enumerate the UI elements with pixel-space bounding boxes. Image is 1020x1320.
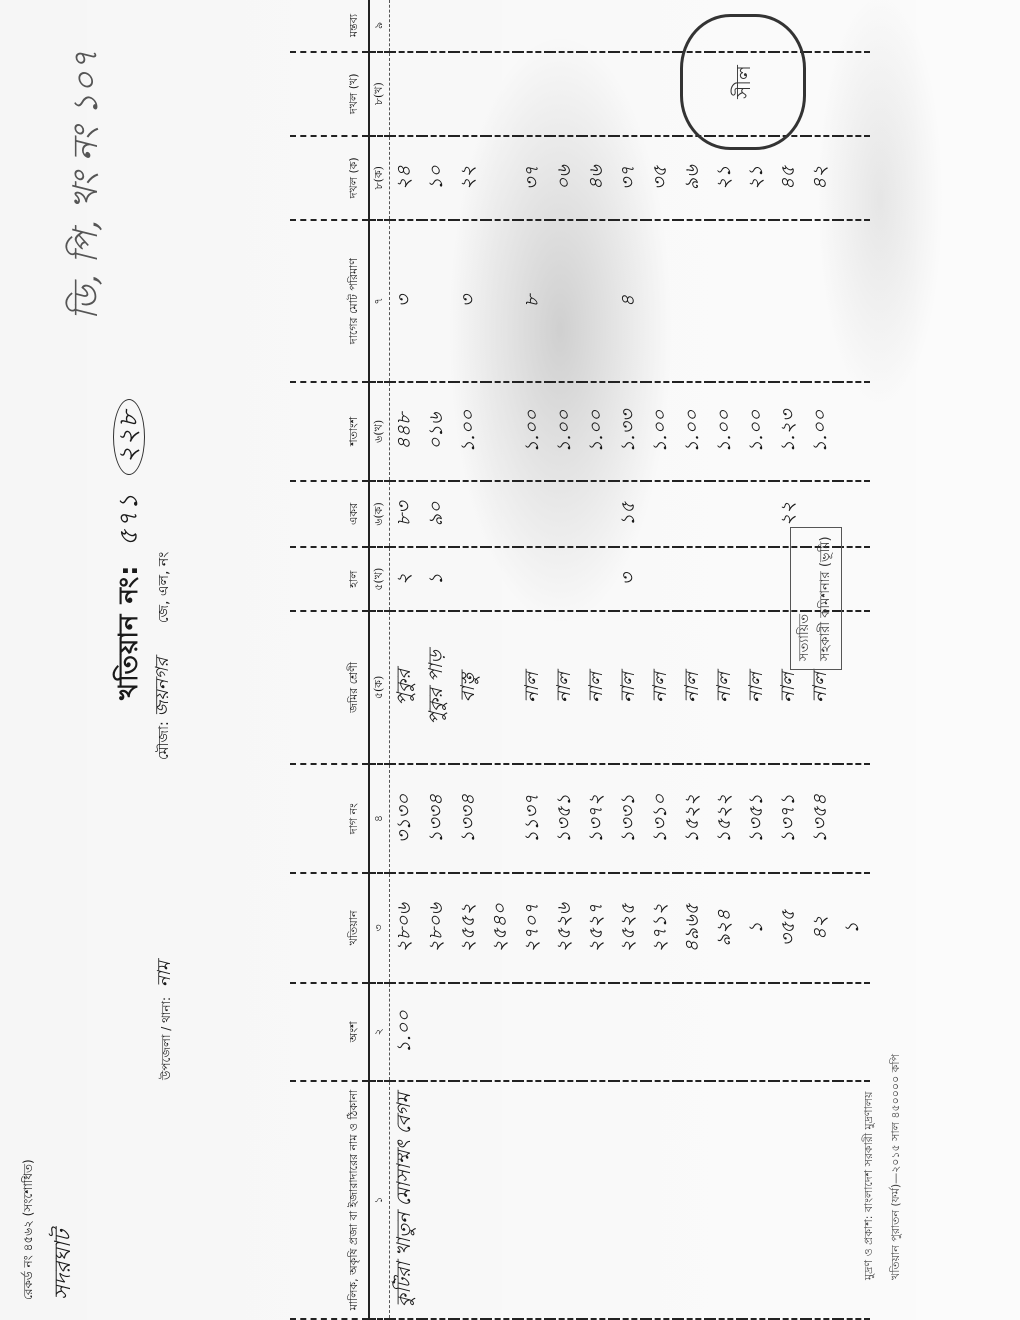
d1-cell [422,220,454,382]
khatian-cell: ২৭১২ [646,873,678,982]
shatak-cell [646,481,678,548]
column-header: দাগের মোট পরিমাণ [290,220,369,382]
acre-cell: ১ [422,547,454,611]
column-header: দখল (ক) [290,136,369,220]
total-cell: ১.০০ [710,382,742,480]
class-cell: নাল [582,611,614,764]
table-row: ২৭১২১৩১০নাল১.০০৩৫ [646,0,678,1319]
d1-cell [742,220,774,382]
acre-cell [454,547,486,611]
mouza-value: জয়নগর [152,658,173,717]
acre-cell [742,547,774,611]
d1-cell [646,220,678,382]
class-cell: পুকুর [390,611,423,764]
upazila-line: উপজেলা / থানা: নাম [150,961,181,1080]
class-cell: নাল [646,611,678,764]
shatak-cell [742,481,774,548]
total-cell: ১.০০ [646,382,678,480]
owner-cell: কুটিরা খাতুন মোসাম্মৎ বেগম [390,1081,423,1319]
remarks-cell [518,52,550,136]
official-seal: সীল [680,14,806,150]
dag-cell: ১৩৫৪ [806,764,838,873]
class-cell: বাস্তু [454,611,486,764]
d2-cell: ৪৫ [774,136,806,220]
column-header: দাগ নং [290,764,369,873]
share-cell [742,983,774,1081]
mouza-line: মৌজা: জয়নগর জে, এল, নং [148,552,179,760]
column-number: ৭ [369,220,390,382]
total-cell: ১.০০ [550,382,582,480]
remarks-cell [422,52,454,136]
remarks-cell [486,52,518,136]
class-cell: নাল [614,611,646,764]
dag-cell: ৩১৩০ [390,764,423,873]
shatak-cell: ৮৩ [390,481,423,548]
d2-cell: ৪২ [806,136,838,220]
acre-cell [582,547,614,611]
dag-cell: ১৩৭২ [582,764,614,873]
extra-cell [582,0,614,52]
page-title: খতিয়ান নং: ৫৭১ ২২৮ [108,399,152,700]
remarks-cell [838,52,870,136]
column-number: ৮(খ) [369,52,390,136]
remarks-cell [646,52,678,136]
table-row: ২৭০৭১১৩৭নাল১.০০৮৩৭ [518,0,550,1319]
total-cell: ১.৩৩ [614,382,646,480]
column-number: ৬(ক) [369,481,390,548]
acre-cell [486,547,518,611]
share-cell [454,983,486,1081]
khatian-cell: ২৫৪০ [486,873,518,982]
d2-cell: ৯৬ [678,136,710,220]
share-cell [550,983,582,1081]
secondary-number: ২২৮ [113,399,145,475]
column-number: ৬(খ) [369,382,390,480]
class-cell [838,611,870,764]
d1-cell: ৩ [454,220,486,382]
dag-cell [486,764,518,873]
khatian-cell: ২৫২৫ [614,873,646,982]
acre-cell: ৩ [614,547,646,611]
column-number: ৪ [369,764,390,873]
khatian-cell: ২৫২৭ [582,873,614,982]
shatak-cell [486,481,518,548]
column-number: ১ [369,1081,390,1319]
attestation-stamp: সত্যায়িত সহকারী কমিশনার (ভূমি) [790,527,842,670]
share-cell [582,983,614,1081]
upazila-value: নাম [154,961,175,987]
khatian-cell: ২৭০৭ [518,873,550,982]
khatian-cell: ২৮০৬ [390,873,423,982]
extra-cell [454,0,486,52]
shatak-cell [518,481,550,548]
dag-cell: ১৩৫১ [742,764,774,873]
column-header: জমির শ্রেণী [290,611,369,764]
remarks-cell [390,52,423,136]
dag-cell: ১৩৩৪ [454,764,486,873]
khatian-cell: ৪২ [806,873,838,982]
record-number: রেকর্ড নং ৪৫৬২ (সংশোধিত) [21,1159,35,1300]
extra-cell [646,0,678,52]
dag-cell: ১৫২২ [678,764,710,873]
extra-cell [518,0,550,52]
khatian-document: রেকর্ড নং ৪৫৬২ (সংশোধিত) সদরঘাট উপজেলা /… [0,0,1020,1320]
share-cell [774,983,806,1081]
owner-cell [454,1081,486,1319]
column-number: ৩ [369,873,390,982]
class-cell: নাল [742,611,774,764]
footer: মুদ্রণ ও প্রকাশ: বাংলাদেশ সরকারী মুদ্রণা… [860,1054,914,1280]
dag-cell: ১৫২২ [710,764,742,873]
dag-cell: ১১৩৭ [518,764,550,873]
khatian-cell: ৩৫৫ [774,873,806,982]
remarks-cell [806,52,838,136]
column-header: দখল (খ) [290,52,369,136]
dag-cell: ১৩৭১ [774,764,806,873]
khatian-table: মালিক, অকৃষি প্রজা বা ইজারাদারের নাম ও ঠ… [290,0,870,1320]
khatian-cell: ২৫৫২ [454,873,486,982]
mouza-label: মৌজা: [156,721,172,760]
owner-cell [518,1081,550,1319]
d2-cell [486,136,518,220]
extra-cell [390,0,423,52]
table-row: ২৫২৭১৩৭২নাল১.০০৪৬ [582,0,614,1319]
khatian-label: খতিয়ান নং: [114,564,144,700]
owner-cell [678,1081,710,1319]
share-cell [678,983,710,1081]
owner-cell [486,1081,518,1319]
table-row: ৪৯৬৫১৫২২নাল১.০০৯৬ [678,0,710,1319]
acre-cell [518,547,550,611]
acre-cell [646,547,678,611]
remarks-cell [582,52,614,136]
owner-cell [710,1081,742,1319]
khatian-cell: ৯২৪ [710,873,742,982]
d2-cell: ২২ [454,136,486,220]
d2-cell: ০৬ [550,136,582,220]
extra-cell [806,0,838,52]
table-row: ২৫৪০ [486,0,518,1319]
extra-cell [422,0,454,52]
total-cell [838,382,870,480]
total-cell [486,382,518,480]
d1-cell [550,220,582,382]
class-cell: নাল [550,611,582,764]
acre-cell [838,547,870,611]
d2-cell: ১০ [422,136,454,220]
table-row: ২৫৫২১৩৩৪বাস্তু১.০০৩২২ [454,0,486,1319]
column-header: একর [290,481,369,548]
total-cell: ০১৬ [422,382,454,480]
d2-cell [838,136,870,220]
d1-cell [806,220,838,382]
owner-cell [806,1081,838,1319]
table-header-row: মালিক, অকৃষি প্রজা বা ইজারাদারের নাম ও ঠ… [290,0,369,1319]
owner-cell [614,1081,646,1319]
owner-cell [422,1081,454,1319]
column-header: অংশ [290,983,369,1081]
column-number: ২ [369,983,390,1081]
share-cell [646,983,678,1081]
shatak-cell [550,481,582,548]
table-row: কুটিরা খাতুন মোসাম্মৎ বেগম১.০০২৮০৬৩১৩০পু… [390,0,423,1319]
share-cell [518,983,550,1081]
d1-cell: ৮ [518,220,550,382]
share-cell [710,983,742,1081]
table-row: ২৫২৫১৩৩১নাল৩১৫১.৩৩৪৩৭ [614,0,646,1319]
owner-cell [742,1081,774,1319]
column-header: মালিক, অকৃষি প্রজা বা ইজারাদারের নাম ও ঠ… [290,1081,369,1319]
acre-cell [678,547,710,611]
dag-cell: ১৩৩১ [614,764,646,873]
stamp-label: সত্যায়িত [795,536,816,661]
d1-cell [838,220,870,382]
total-cell: ১.০০ [678,382,710,480]
jl-label: জে, এল, নং [156,552,172,623]
share-cell [486,983,518,1081]
acre-cell [710,547,742,611]
remarks-cell [550,52,582,136]
extra-cell [486,0,518,52]
acre-cell: ২ [390,547,423,611]
column-number: ৫(ক) [369,611,390,764]
shatak-cell: ১৫ [614,481,646,548]
dag-cell: ১৩১০ [646,764,678,873]
class-cell: নাল [518,611,550,764]
d1-cell: ৩ [390,220,423,382]
total-cell: ১.০০ [518,382,550,480]
share-cell [614,983,646,1081]
extra-cell [838,0,870,52]
class-cell: নাল [678,611,710,764]
total-cell: ১.০০ [806,382,838,480]
d2-cell: ২৪ [390,136,423,220]
column-header: হাল [290,547,369,611]
d2-cell: ৩৫ [646,136,678,220]
shatak-cell [838,481,870,548]
footer-line-2: খতিয়ান পুরাতন (ফর্ম)—২০১৫ সাল ৪৫০০০০ কপ… [887,1054,906,1280]
column-number-row: ১২৩৪৫(ক)৫(খ)৬(ক)৬(খ)৭৮(ক)৮(খ)৯ [369,0,390,1319]
remarks-cell [454,52,486,136]
table-row: ২৮০৬১৩৩৪পুকুর পাড়১৯০০১৬১০ [422,0,454,1319]
column-header: মন্তব্য [290,0,369,52]
d1-cell [710,220,742,382]
total-cell: ৪৪৮ [390,382,423,480]
share-cell: ১.০০ [390,983,423,1081]
d1-cell [678,220,710,382]
column-number: ৫(খ) [369,547,390,611]
share-cell [422,983,454,1081]
d2-cell: ৩৭ [614,136,646,220]
d1-cell [486,220,518,382]
d1-cell [582,220,614,382]
column-header: শতাংশ [290,382,369,480]
shatak-cell [678,481,710,548]
extra-cell [614,0,646,52]
owner-cell [646,1081,678,1319]
handwritten-reference: ডি, পি, খং নং ১০৭ [60,49,117,320]
total-cell: ১.০০ [454,382,486,480]
d2-cell: ৩৭ [518,136,550,220]
extra-cell [550,0,582,52]
khatian-cell: ১ [838,873,870,982]
d2-cell: ৪৬ [582,136,614,220]
column-header: খতিয়ান [290,873,369,982]
total-cell: ১.২৩ [774,382,806,480]
owner-cell [550,1081,582,1319]
total-cell: ১.০০ [582,382,614,480]
khatian-cell: ২৫২৬ [550,873,582,982]
column-number: ৮(ক) [369,136,390,220]
footer-line-1: মুদ্রণ ও প্রকাশ: বাংলাদেশ সরকারী মুদ্রণা… [860,1054,879,1280]
d1-cell [774,220,806,382]
dag-cell [838,764,870,873]
khatian-cell: ৪৯৬৫ [678,873,710,982]
shatak-cell [582,481,614,548]
remarks-cell [614,52,646,136]
column-number: ৯ [369,0,390,52]
owner-cell [582,1081,614,1319]
share-cell [806,983,838,1081]
upazila-label: উপজেলা / থানা: [159,997,173,1080]
class-cell: নাল [710,611,742,764]
handwritten-place: সদরঘাট [46,1159,83,1300]
khatian-cell: ২৮০৬ [422,873,454,982]
dag-cell: ১৩৩৪ [422,764,454,873]
dag-cell: ১৩৫১ [550,764,582,873]
khatian-number: ৫৭১ [114,493,144,547]
acre-cell [550,547,582,611]
shatak-cell [710,481,742,548]
owner-cell [774,1081,806,1319]
record-info: রেকর্ড নং ৪৫৬২ (সংশোধিত) সদরঘাট [20,1159,83,1300]
shatak-cell: ৯০ [422,481,454,548]
total-cell: ১.০০ [742,382,774,480]
shatak-cell [454,481,486,548]
table-row: ১১৩৫১নাল১.০০২১ [742,0,774,1319]
khatian-cell: ১ [742,873,774,982]
class-cell: পুকুর পাড় [422,611,454,764]
class-cell [486,611,518,764]
stamp-detail: সহকারী কমিশনার (ভূমি) [816,536,837,661]
table-row: ২৫২৬১৩৫১নাল১.০০০৬ [550,0,582,1319]
d1-cell: ৪ [614,220,646,382]
table-row: ৯২৪১৫২২নাল১.০০২১ [710,0,742,1319]
